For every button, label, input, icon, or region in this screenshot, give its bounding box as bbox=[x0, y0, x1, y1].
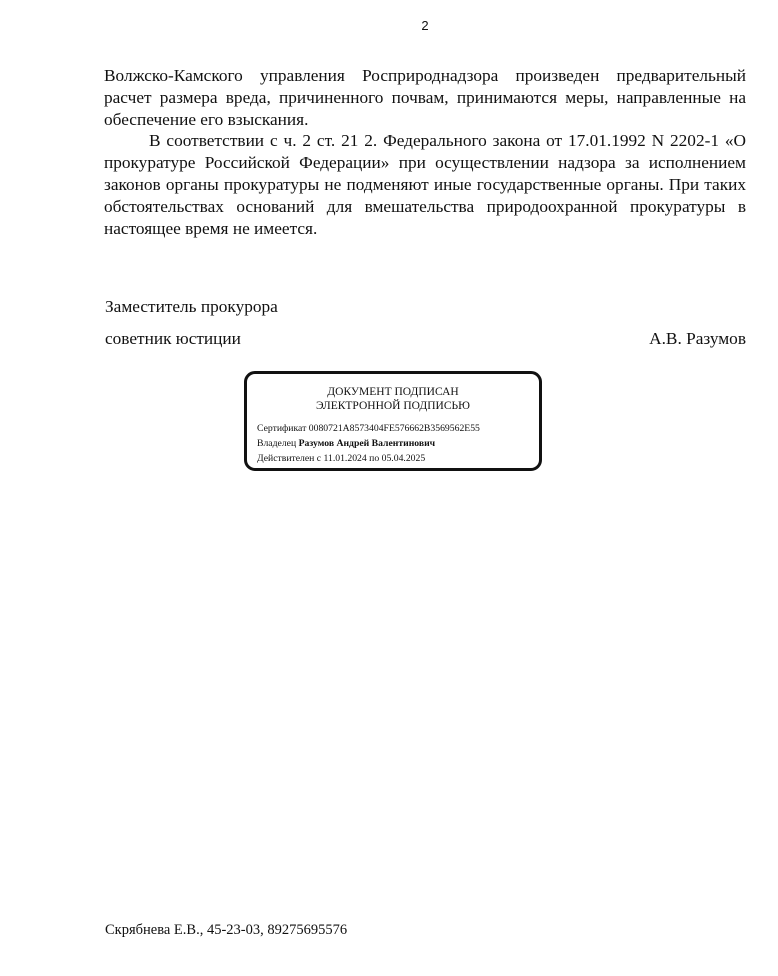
signatory-rank: советник юстиции bbox=[105, 329, 241, 349]
signatory-name: А.В. Разумов bbox=[649, 329, 746, 349]
document-body: Волжско-Камского управления Росприроднад… bbox=[104, 65, 746, 239]
valid-to: 05.04.2025 bbox=[382, 453, 426, 464]
valid-label: Действителен с bbox=[257, 453, 321, 464]
stamp-heading-line-2: ЭЛЕКТРОННОЙ ПОДПИСЬЮ bbox=[247, 399, 539, 413]
paragraph-1: Волжско-Камского управления Росприроднад… bbox=[104, 65, 746, 130]
stamp-heading-line-1: ДОКУМЕНТ ПОДПИСАН bbox=[247, 385, 539, 399]
signatory-title: Заместитель прокурора bbox=[105, 297, 278, 317]
certificate-label: Сертификат bbox=[257, 423, 306, 434]
valid-to-label: по bbox=[369, 453, 379, 464]
stamp-owner: Владелец Разумов Андрей Валентинович bbox=[257, 436, 539, 451]
valid-from: 11.01.2024 bbox=[324, 453, 367, 464]
stamp-certificate: Сертификат 0080721A8573404FE576662B35695… bbox=[257, 421, 539, 436]
stamp-heading: ДОКУМЕНТ ПОДПИСАН ЭЛЕКТРОННОЙ ПОДПИСЬЮ bbox=[247, 385, 539, 413]
electronic-signature-stamp: ДОКУМЕНТ ПОДПИСАН ЭЛЕКТРОННОЙ ПОДПИСЬЮ С… bbox=[244, 371, 542, 471]
owner-label: Владелец bbox=[257, 438, 296, 449]
executor-footer: Скрябнева Е.В., 45-23-03, 89275695576 bbox=[105, 922, 347, 939]
stamp-validity: Действителен с 11.01.2024 по 05.04.2025 bbox=[257, 451, 539, 466]
paragraph-2: В соответствии с ч. 2 ст. 21 2. Федераль… bbox=[104, 130, 746, 239]
certificate-value: 0080721A8573404FE576662B3569562E55 bbox=[309, 423, 480, 434]
stamp-details: Сертификат 0080721A8573404FE576662B35695… bbox=[257, 421, 539, 466]
owner-value: Разумов Андрей Валентинович bbox=[299, 438, 436, 449]
page-number: 2 bbox=[0, 18, 778, 33]
